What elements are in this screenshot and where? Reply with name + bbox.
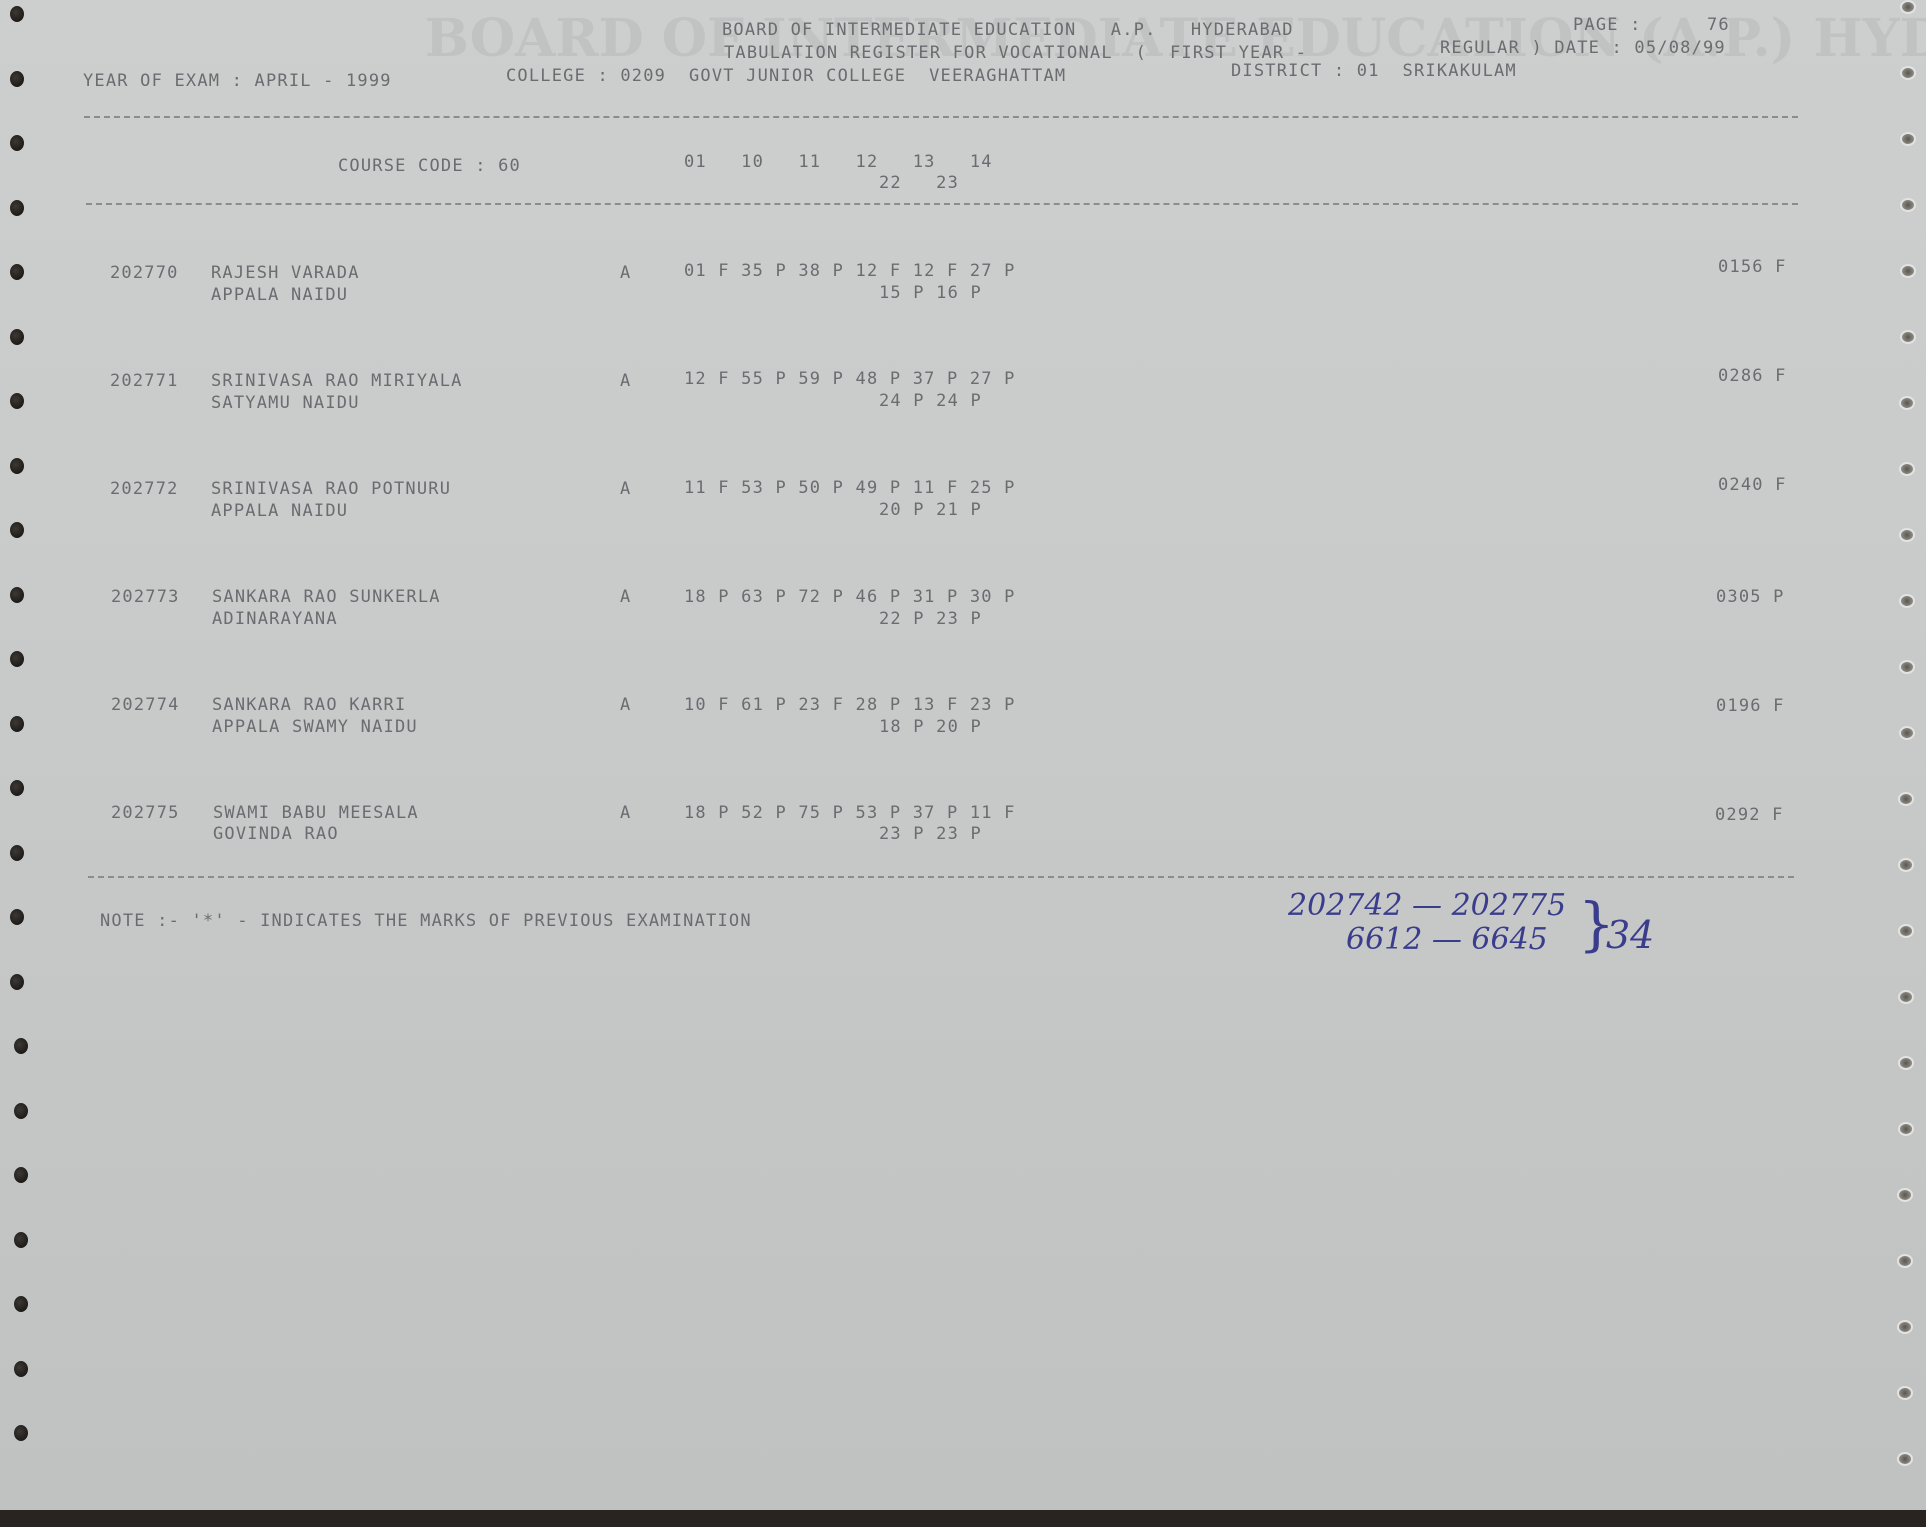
feed-hole-icon [10,651,24,667]
student-record: 202773 SANKARA RAO SUNKERLA ADINARAYANA … [0,587,1926,647]
district-info: DISTRICT : 01 SRIKAKULAM [1231,61,1517,81]
feed-hole-icon [1898,990,1914,1004]
handwritten-range-line1: 202742 — 202775 [1288,888,1566,923]
marks-row2: 23 P 23 P [879,824,982,844]
hall-ticket-number: 202772 [110,479,179,499]
feed-hole-icon [10,135,24,151]
board-title: BOARD OF INTERMEDIATE EDUCATION A.P. HYD… [722,20,1294,40]
feed-hole-icon [1898,1122,1914,1136]
marks-row1: 12 F 55 P 59 P 48 P 37 P 27 P [684,369,1016,389]
total-result: 0196 F [1716,696,1785,716]
student-name: RAJESH VARADA [211,263,360,283]
feed-hole-icon [10,909,24,925]
feed-hole-icon [10,458,24,474]
feed-hole-icon [1899,462,1915,476]
student-name: SWAMI BABU MEESALA [213,803,419,823]
subject-codes-row2: 22 23 [879,173,959,193]
marks-row1: 01 F 35 P 38 P 12 F 12 F 27 P [684,261,1016,281]
exam-type-date: REGULAR ) DATE : 05/08/99 [1440,38,1726,58]
feed-hole-icon [1897,1188,1913,1202]
total-result: 0240 F [1718,475,1787,495]
feed-hole-icon [10,329,24,345]
feed-hole-icon [1897,1320,1913,1334]
hall-ticket-number: 202774 [111,695,180,715]
handwritten-range-line2: 6612 — 6645 [1346,922,1548,957]
right-feed-holes [1886,0,1926,1510]
feed-hole-icon [1900,0,1916,14]
footer-note: NOTE :- '*' - INDICATES THE MARKS OF PRE… [100,911,752,931]
feed-hole-icon [14,1167,28,1183]
father-name: APPALA NAIDU [211,501,348,521]
student-record: 202771 SRINIVASA RAO MIRIYALA SATYAMU NA… [0,371,1926,431]
total-result: 0292 F [1715,805,1784,825]
total-result: 0286 F [1718,366,1787,386]
feed-hole-icon [1897,1452,1913,1466]
student-name: SRINIVASA RAO MIRIYALA [211,371,463,391]
page-label: PAGE : [1573,15,1642,35]
tabulation-register-page: BOARD OF INTERMEDIATE EDUCATION (A.P.) H… [0,0,1926,1510]
student-record: 202774 SANKARA RAO KARRI APPALA SWAMY NA… [0,695,1926,755]
marks-row2: 24 P 24 P [879,391,982,411]
total-result: 0305 P [1716,587,1785,607]
year-of-exam: YEAR OF EXAM : APRIL - 1999 [83,71,392,91]
feed-hole-icon [10,200,24,216]
medium: A [620,695,631,715]
hall-ticket-number: 202773 [111,587,180,607]
hall-ticket-number: 202771 [110,371,179,391]
marks-row1: 18 P 63 P 72 P 46 P 31 P 30 P [684,587,1016,607]
marks-row2: 15 P 16 P [879,283,982,303]
subject-codes-row1: 01 10 11 12 13 14 [684,152,993,172]
feed-hole-icon [1900,330,1916,344]
feed-hole-icon [1900,132,1916,146]
father-name: APPALA SWAMY NAIDU [212,717,418,737]
marks-row1: 11 F 53 P 50 P 49 P 11 F 25 P [684,478,1016,498]
father-name: GOVINDA RAO [213,824,339,844]
marks-row2: 20 P 21 P [879,500,982,520]
register-title: TABULATION REGISTER FOR VOCATIONAL ( FIR… [724,43,1307,63]
feed-hole-icon [14,1361,28,1377]
feed-hole-icon [1897,1254,1913,1268]
college-info: COLLEGE : 0209 GOVT JUNIOR COLLEGE VEERA… [506,66,1066,86]
feed-hole-icon [10,974,24,990]
feed-hole-icon [14,1103,28,1119]
header-divider-top [84,116,1798,118]
footer-divider [88,876,1794,878]
medium: A [620,371,631,391]
father-name: ADINARAYANA [212,609,338,629]
student-record: 202770 RAJESH VARADA APPALA NAIDU A 01 F… [0,263,1926,323]
feed-hole-icon [10,780,24,796]
total-result: 0156 F [1718,257,1787,277]
hall-ticket-number: 202770 [110,263,179,283]
feed-hole-icon [1900,198,1916,212]
feed-hole-icon [14,1425,28,1441]
marks-row1: 10 F 61 P 23 F 28 P 13 F 23 P [684,695,1016,715]
feed-hole-icon [14,1296,28,1312]
student-record: 202772 SRINIVASA RAO POTNURU APPALA NAID… [0,479,1926,539]
page-number: 76 [1707,15,1730,35]
handwritten-count: 34 [1606,913,1654,957]
feed-hole-icon [1897,1386,1913,1400]
hall-ticket-number: 202775 [111,803,180,823]
medium: A [620,263,631,283]
feed-hole-icon [1900,66,1916,80]
medium: A [620,803,631,823]
feed-hole-icon [14,1232,28,1248]
marks-row1: 18 P 52 P 75 P 53 P 37 P 11 F [684,803,1016,823]
feed-hole-icon [1898,924,1914,938]
medium: A [620,479,631,499]
feed-hole-icon [1899,660,1915,674]
feed-hole-icon [10,71,24,87]
student-record: 202775 SWAMI BABU MEESALA GOVINDA RAO A … [0,803,1926,863]
medium: A [620,587,631,607]
father-name: APPALA NAIDU [211,285,348,305]
course-code: COURSE CODE : 60 [338,156,521,176]
header-divider-bottom [86,203,1798,205]
student-name: SANKARA RAO SUNKERLA [212,587,441,607]
left-feed-holes [0,0,40,1510]
student-name: SANKARA RAO KARRI [212,695,406,715]
marks-row2: 18 P 20 P [879,717,982,737]
feed-hole-icon [1898,1056,1914,1070]
student-name: SRINIVASA RAO POTNURU [211,479,451,499]
marks-row2: 22 P 23 P [879,609,982,629]
father-name: SATYAMU NAIDU [211,393,360,413]
feed-hole-icon [14,1038,28,1054]
table-surface [0,1510,1926,1527]
feed-hole-icon [10,6,24,22]
